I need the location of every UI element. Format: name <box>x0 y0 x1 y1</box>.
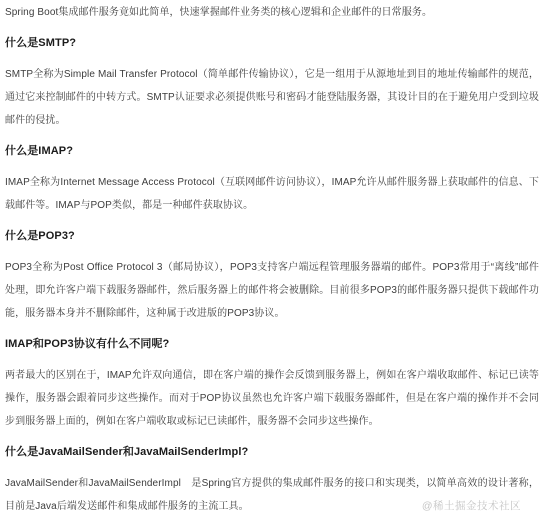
section-paragraph-imap: IMAP全称为Internet Message Access Protocol（… <box>5 171 539 217</box>
section-paragraph-imap-vs-pop3: 两者最大的区别在于，IMAP允许双向通信，即在客户端的操作会反馈到服务器上，例如… <box>5 364 539 433</box>
section-imap-vs-pop3: IMAP和POP3协议有什么不同呢? 两者最大的区别在于，IMAP允许双向通信，… <box>5 333 539 433</box>
section-imap: 什么是IMAP? IMAP全称为Internet Message Access … <box>5 140 539 217</box>
section-heading-imap: 什么是IMAP? <box>5 140 539 163</box>
section-heading-javamailsender: 什么是JavaMailSender和JavaMailSenderImpl? <box>5 441 539 464</box>
section-smtp: 什么是SMTP? SMTP全称为Simple Mail Transfer Pro… <box>5 32 539 132</box>
article-content: Spring Boot集成邮件服务竟如此简单，快速掌握邮件业务类的核心逻辑和企业… <box>5 1 539 518</box>
section-heading-pop3: 什么是POP3? <box>5 225 539 248</box>
section-pop3: 什么是POP3? POP3全称为Post Office Protocol 3（邮… <box>5 225 539 325</box>
section-paragraph-pop3: POP3全称为Post Office Protocol 3（邮局协议），POP3… <box>5 256 539 325</box>
intro-paragraph: Spring Boot集成邮件服务竟如此简单，快速掌握邮件业务类的核心逻辑和企业… <box>5 1 539 24</box>
watermark: @稀土掘金技术社区 <box>422 499 521 513</box>
section-paragraph-smtp: SMTP全称为Simple Mail Transfer Protocol（简单邮… <box>5 63 539 132</box>
section-heading-imap-vs-pop3: IMAP和POP3协议有什么不同呢? <box>5 333 539 356</box>
section-heading-smtp: 什么是SMTP? <box>5 32 539 55</box>
